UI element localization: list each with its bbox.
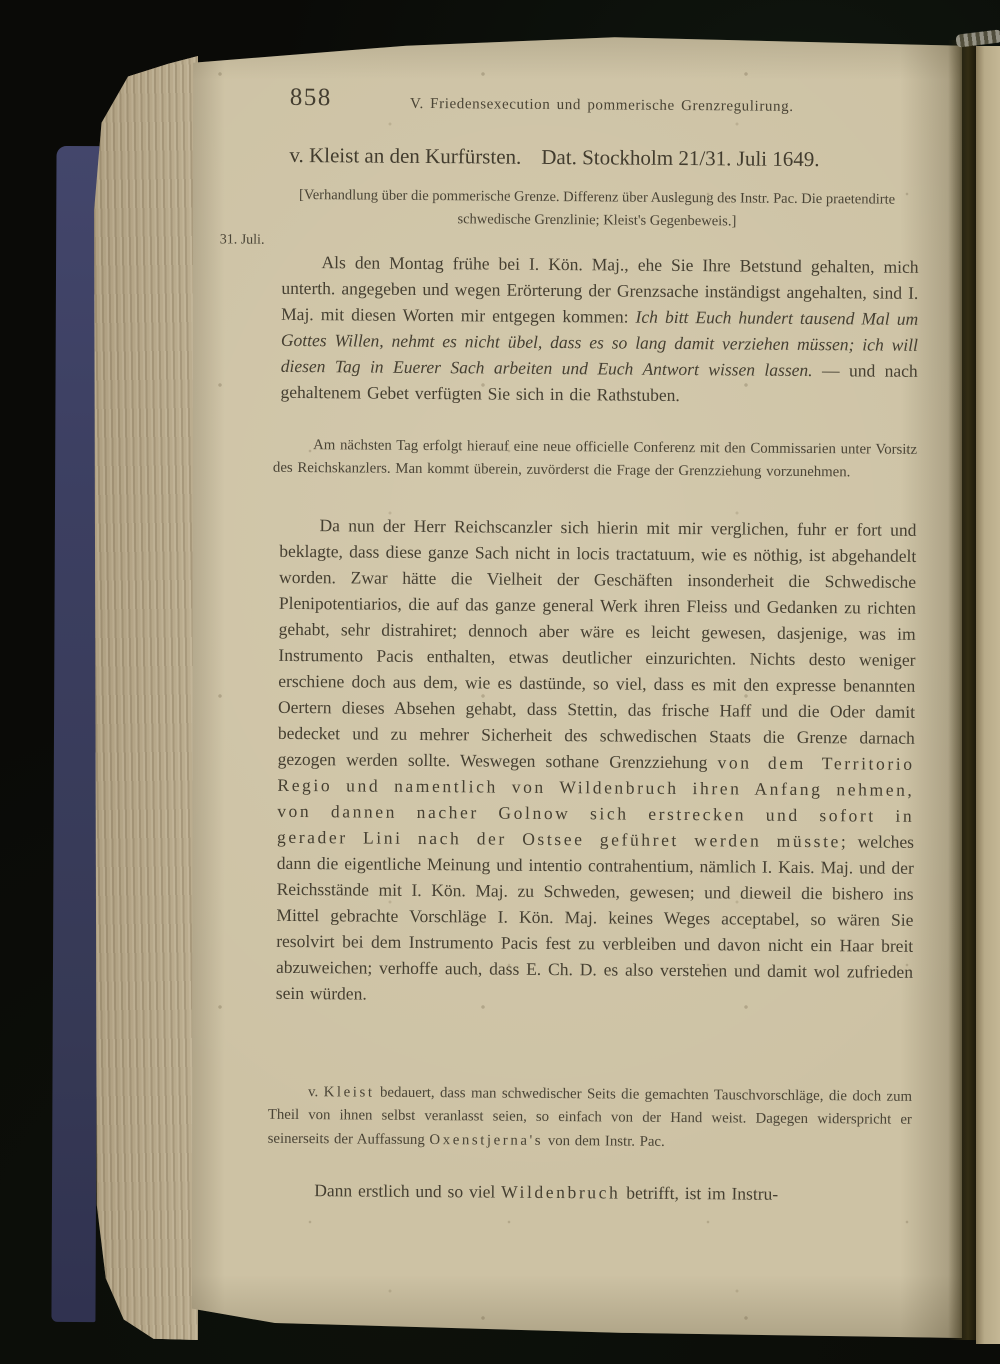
margin-date-note: 31. Juli.	[220, 232, 265, 248]
running-header: V. Friedensexecution und pommerische Gre…	[352, 95, 852, 116]
paragraph-editor-note-2: v. Kleist bedauert, dass man schwedische…	[268, 1081, 913, 1157]
paragraph-report-2: Da nun der Herr Reichscanzler sich hieri…	[276, 511, 917, 1010]
paragraph-report-3: Dann erstlich und so viel Wildenbruch be…	[274, 1176, 911, 1207]
printed-text-layer: 858 V. Friedensexecution und pommerische…	[0, 0, 1000, 1364]
page-number: 858	[290, 84, 332, 112]
paragraph-report-1: Als den Montag frühe bei I. Kön. Maj., e…	[280, 248, 918, 409]
document-heading: v. Kleist an den Kurfürsten.Dat. Stockho…	[289, 143, 949, 173]
paragraph-editor-note-1: Am nächsten Tag erfolgt hierauf eine neu…	[273, 434, 917, 486]
book-scan: { "book": { "page_number": "858", "runni…	[0, 0, 1000, 1364]
heading-date: Dat. Stockholm 21/31. Juli 1649.	[541, 145, 819, 171]
heading-address: v. Kleist an den Kurfürsten.	[289, 143, 521, 169]
document-abstract: [Verhandlung über die pommerische Grenze…	[271, 184, 923, 234]
